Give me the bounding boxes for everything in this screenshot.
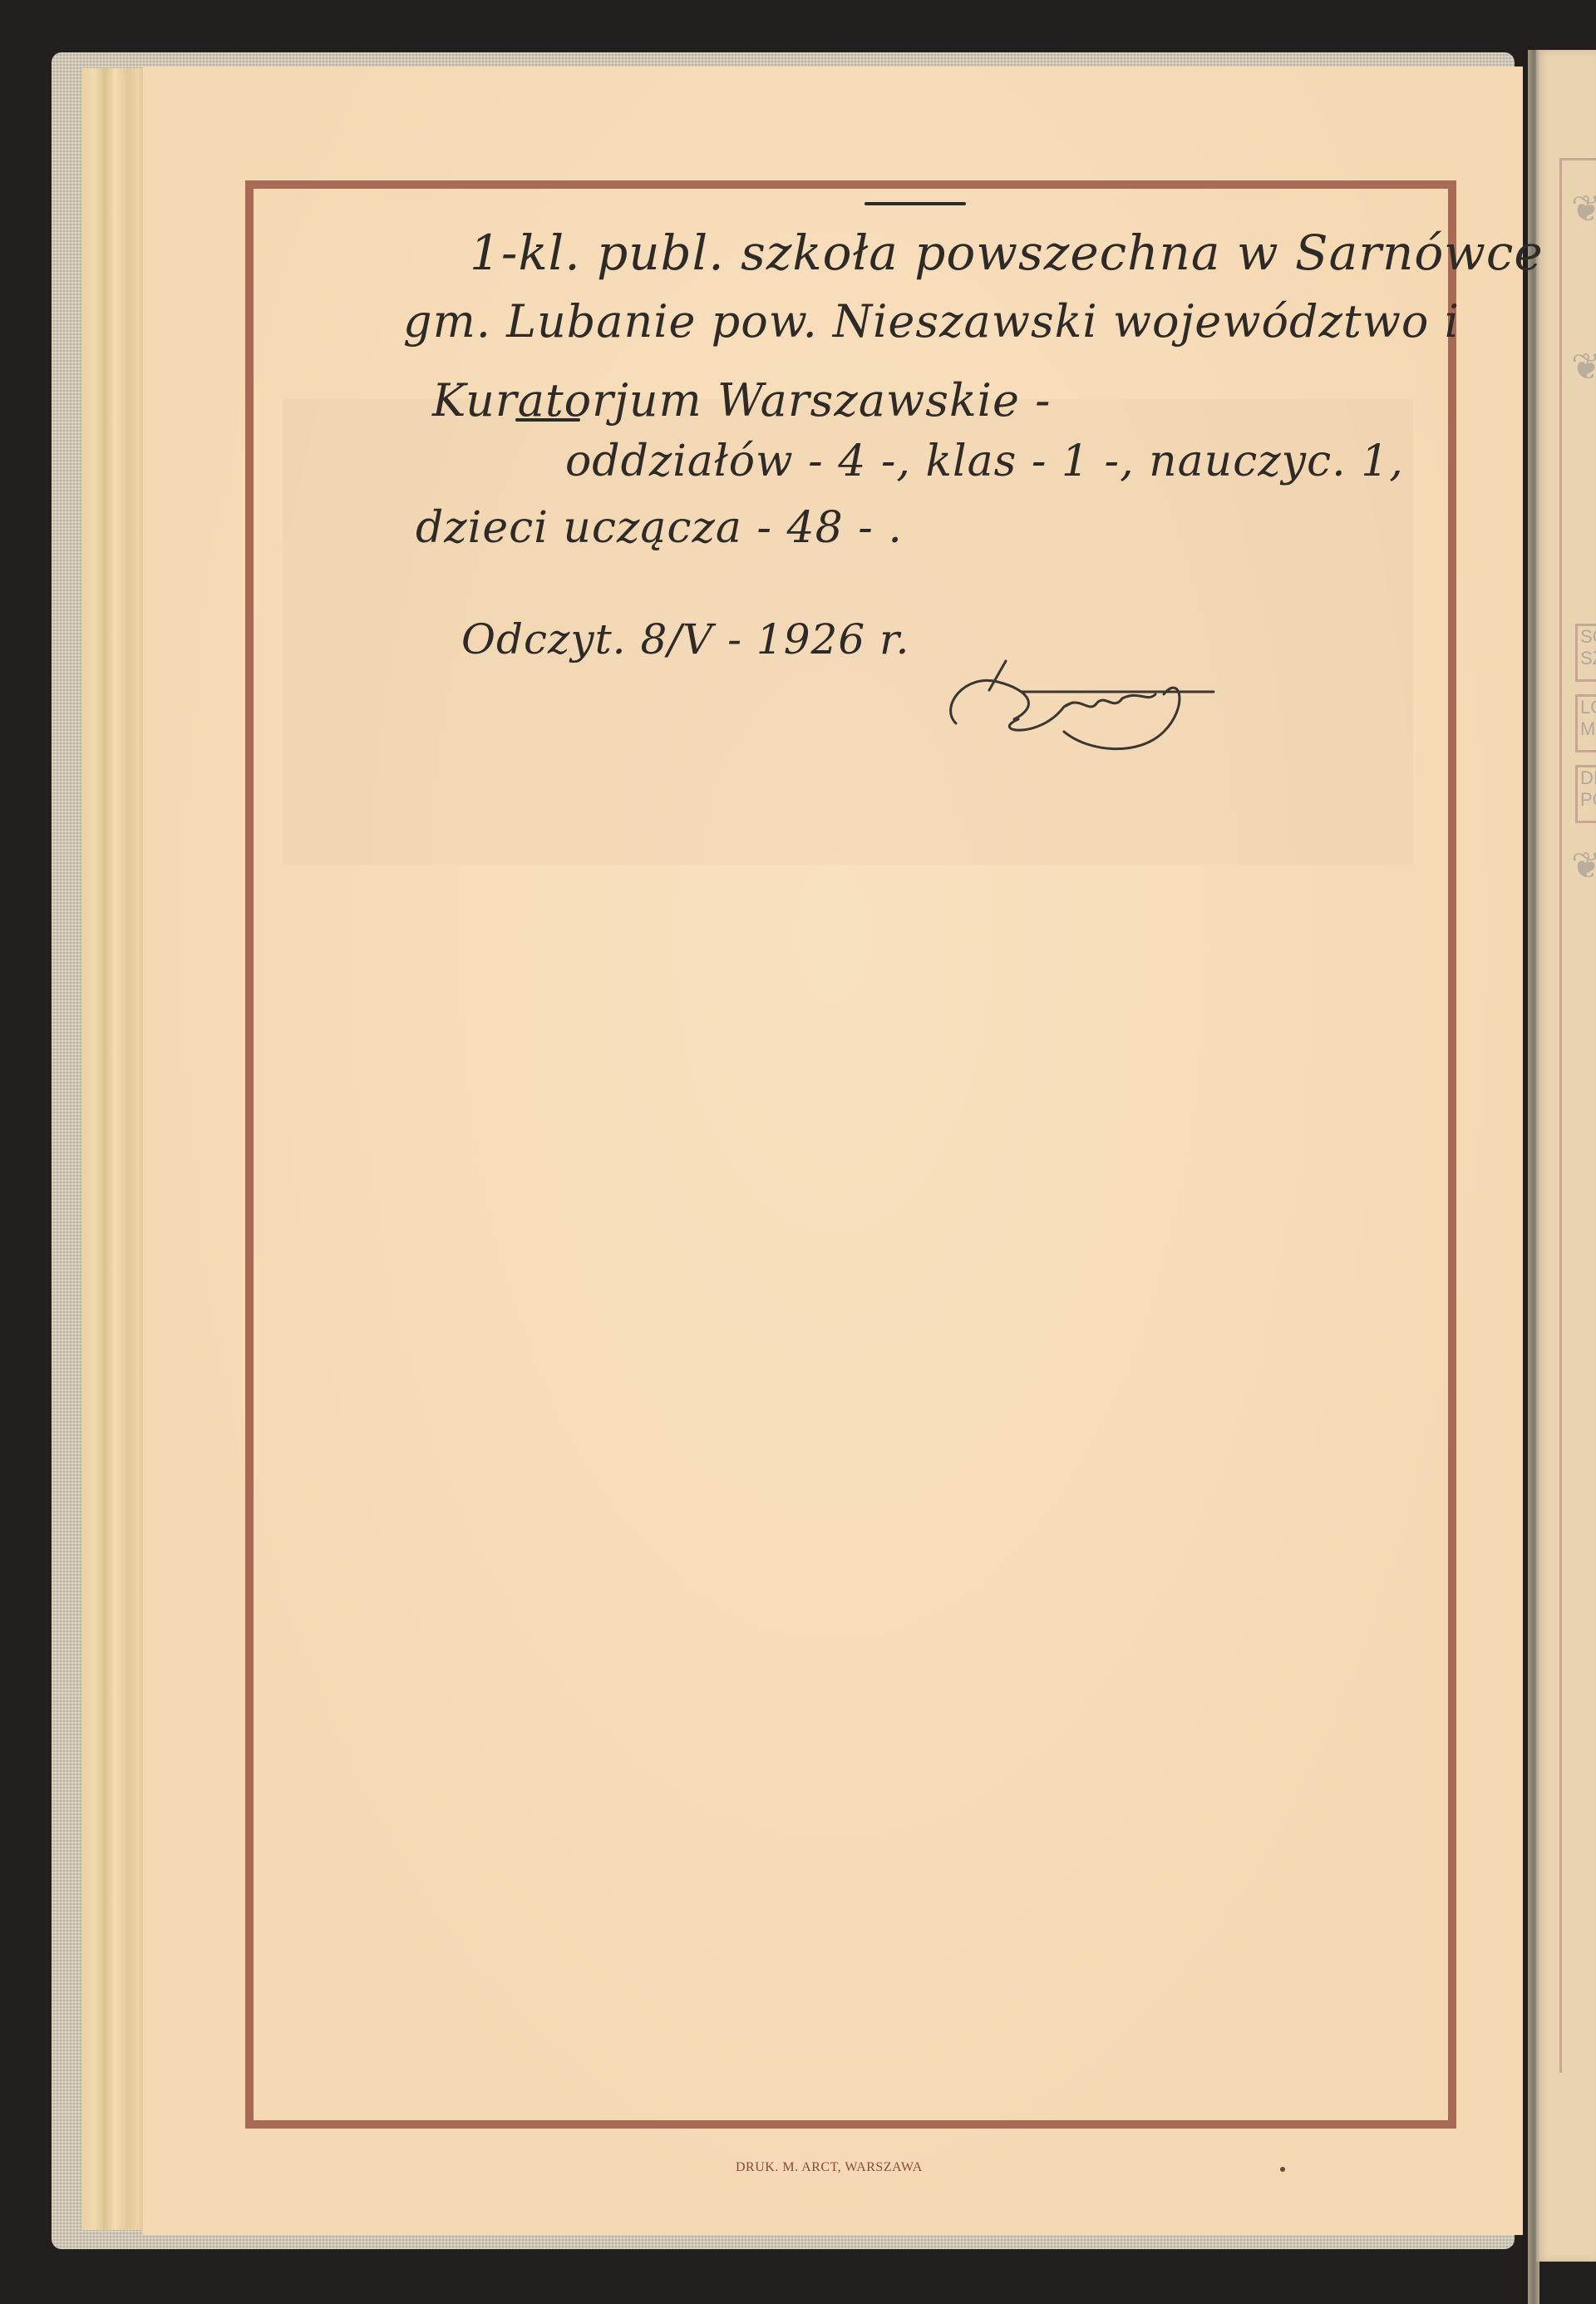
handwritten-stroke <box>864 202 966 205</box>
gutter-fold <box>1528 50 1539 2304</box>
handwritten-underline <box>515 418 580 422</box>
paper-speck <box>1280 2167 1285 2172</box>
handwritten-date-line: Odczyt. 8/V - 1926 r. <box>461 615 909 664</box>
handwritten-line-2: gm. Lubanie pow. Nieszawski województwo … <box>403 295 1460 348</box>
page-stack-edge <box>81 68 148 2230</box>
adjacent-page-ornament: ❦ <box>1571 349 1596 386</box>
handwritten-line-4: oddziałów - 4 -, klas - 1 -, nauczyc. 1, <box>565 437 1404 486</box>
adjacent-page-ornament: ❦ <box>1571 848 1596 885</box>
handwritten-line-1: 1-kl. publ. szkoła powszechna w Sarnówce <box>470 224 1544 281</box>
adjacent-page-label-district: DIST POW <box>1575 765 1596 823</box>
adjacent-page-label-location: LOCA MIEJ <box>1575 694 1596 752</box>
handwritten-line-5: dzieci uczącza - 48 - . <box>416 503 903 553</box>
adjacent-page-label-school: SCHO SZKO <box>1575 624 1596 682</box>
signature-icon <box>939 657 1222 757</box>
printer-imprint: DRUK. M. ARCT, WARSZAWA <box>736 2160 923 2175</box>
adjacent-page-frame <box>1559 158 1596 2073</box>
adjacent-page-ornament: ❦ <box>1571 191 1596 228</box>
